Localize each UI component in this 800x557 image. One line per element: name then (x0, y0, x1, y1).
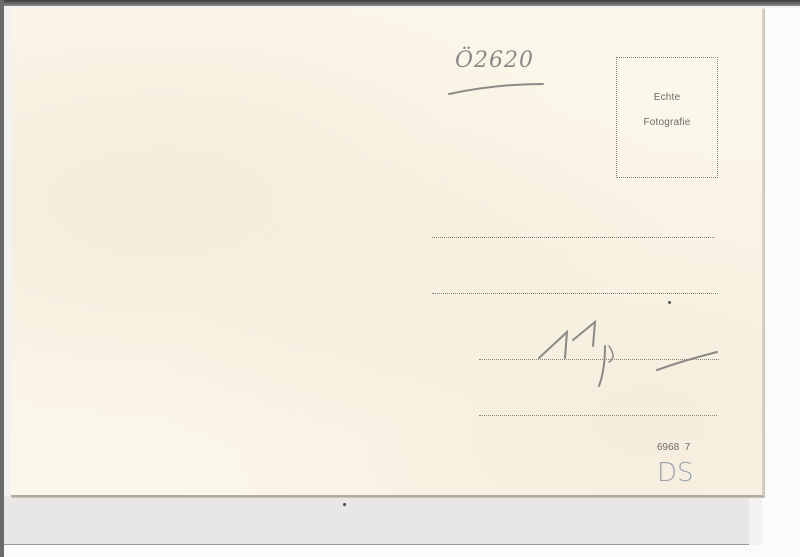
stamp-label-echte: Echte (617, 92, 717, 103)
scanner-bed (4, 496, 749, 545)
print-code: 6968 7 (657, 442, 690, 453)
dust-speck (343, 503, 346, 506)
address-line-2 (432, 293, 718, 294)
stamp-label-fotografie: Fotografie (617, 117, 717, 128)
ink-dot (668, 301, 671, 304)
handwritten-price (535, 310, 725, 390)
scanner-left-edge (0, 0, 4, 557)
pencil-underline (447, 82, 545, 96)
scanner-right-margin (762, 8, 800, 548)
scanner-top-edge (0, 0, 800, 6)
postcard-back: Echte Fotografie Ö2620 11,- 6968 7 DS (11, 8, 764, 497)
scanner-bottom-margin (4, 545, 800, 557)
address-line-4 (479, 415, 717, 416)
handwritten-reference: Ö2620 (455, 48, 534, 73)
stamp-box: Echte Fotografie (616, 57, 718, 178)
handwritten-initials: DS (657, 458, 694, 488)
address-line-1 (432, 237, 715, 238)
